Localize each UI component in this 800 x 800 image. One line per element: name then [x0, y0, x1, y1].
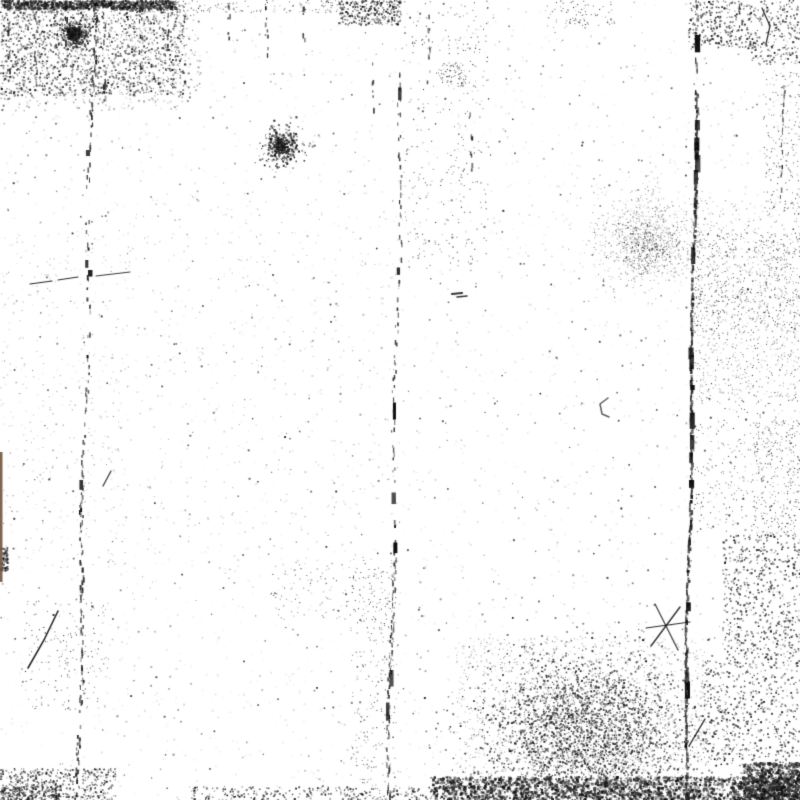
- grunge-texture-image: [0, 0, 800, 800]
- texture-canvas: [0, 0, 800, 800]
